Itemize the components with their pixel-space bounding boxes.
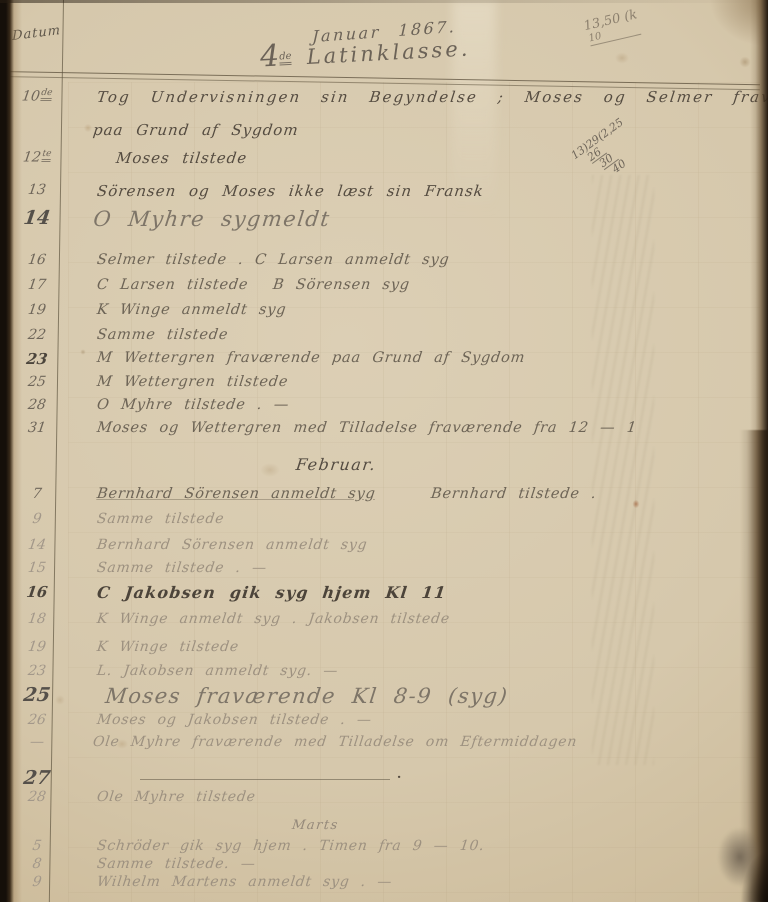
month-header: Februar. xyxy=(295,455,378,474)
entry-text: Moses tilstede xyxy=(115,149,248,167)
entry-text: C Larsen tilstede xyxy=(96,277,249,293)
journal-row: 28Ole Myhre tilstede xyxy=(0,789,768,815)
journal-row: 9Samme tilstede xyxy=(0,511,768,537)
entry-date-ordinal: de xyxy=(40,88,53,101)
entry-text: L. Jakobsen anmeldt syg. — xyxy=(96,663,339,679)
entry-text: Schröder gik syg hjem . Timen fra 9 — 10… xyxy=(96,838,485,854)
entry-text: O Myhre sygmeldt xyxy=(92,207,332,231)
journal-row: 16Selmer tilstede . C Larsen anmeldt syg xyxy=(0,252,768,278)
journal-row: —Ole Myhre fraværende med Tilladelse om … xyxy=(0,734,768,760)
journal-row: 14O Myhre sygmeldt xyxy=(0,207,768,233)
entry-text: Samme tilstede . — xyxy=(96,560,268,576)
journal-row: 12teMoses tilstede xyxy=(0,149,768,175)
journal-row: 19K Winge anmeldt syg xyxy=(0,302,768,328)
journal-row: 18K Winge anmeldt syg . Jakobsen tilsted… xyxy=(0,611,768,637)
month-header: Marts xyxy=(291,818,340,833)
entry-text: K Winge tilstede xyxy=(96,639,240,655)
page-top-edge xyxy=(0,0,768,3)
entry-text: Samme tilstede. — xyxy=(96,856,257,872)
dash-line xyxy=(140,779,390,780)
journal-row: 19K Winge tilstede xyxy=(0,639,768,665)
entry-text: Selmer tilstede . C Larsen anmeldt syg xyxy=(96,252,450,268)
scanned-journal-page: { "page": { "datum_label": "Datum", "mon… xyxy=(0,0,768,902)
journal-row: paa Grund af Sygdom xyxy=(0,121,768,147)
entry-text: Wilhelm Martens anmeldt syg . — xyxy=(96,874,393,890)
entry-text: Moses og Jakobsen tilstede . — xyxy=(96,712,373,728)
bottom-right-corner xyxy=(734,838,768,902)
journal-row: 25Moses fraværende Kl 8-9 (syg) xyxy=(0,684,768,710)
journal-row: 17C Larsen tilstedeB Sörensen syg xyxy=(0,277,768,303)
journal-row: 7Bernhard Sörensen anmeldt sygBernhard t… xyxy=(0,486,768,512)
entry-text: Ole Myhre tilstede xyxy=(96,789,257,805)
entry-text: Samme tilstede xyxy=(96,327,229,343)
entry-text: Samme tilstede xyxy=(96,511,225,527)
entry-text: Bernhard Sörensen anmeldt syg xyxy=(96,486,377,502)
entry-text: Moses fraværende Kl 8-9 (syg) xyxy=(104,684,510,708)
entry-text: M Wettergren fraværende paa Grund af Syg… xyxy=(96,350,526,366)
entry-side-text: Bernhard tilstede . xyxy=(430,486,598,502)
entry-text: K Winge anmeldt syg xyxy=(96,302,287,318)
entry-text: paa Grund af Sygdom xyxy=(92,121,300,139)
entry-date-ordinal: te xyxy=(41,149,52,162)
entry-text: O Myhre tilstede . — xyxy=(96,397,290,413)
entry-side-text: B Sörensen syg xyxy=(272,277,411,293)
journal-row: 10deTog Undervisningen sin Begyndelse ; … xyxy=(0,88,768,114)
journal-row: 31Moses og Wettergren med Tilladelse fra… xyxy=(0,420,768,446)
entry-text: M Wettergren tilstede xyxy=(96,374,289,390)
entry-text: C Jakobsen gik syg hjem Kl 11 xyxy=(96,583,448,602)
journal-row: 13Sörensen og Moses ikke læst sin Fransk xyxy=(0,182,768,208)
journal-row: 23M Wettergren fraværende paa Grund af S… xyxy=(0,350,768,376)
entry-text: K Winge anmeldt syg . Jakobsen tilstede xyxy=(96,611,451,627)
entry-text: Bernhard Sörensen anmeldt syg xyxy=(96,537,368,553)
journal-row: 16C Jakobsen gik syg hjem Kl 11 xyxy=(0,583,768,609)
journal-entries: 10deTog Undervisningen sin Begyndelse ; … xyxy=(0,0,768,902)
entry-text: Sörensen og Moses ikke læst sin Fransk xyxy=(96,182,485,200)
page-left-edge xyxy=(0,0,22,902)
journal-row: 9Wilhelm Martens anmeldt syg . — xyxy=(0,874,768,900)
entry-text: Moses og Wettergren med Tilladelse fravæ… xyxy=(96,420,638,436)
entry-text: Tog Undervisningen sin Begyndelse ; Mose… xyxy=(96,88,768,106)
entry-text: Ole Myhre fraværende med Tilladelse om E… xyxy=(92,734,578,750)
